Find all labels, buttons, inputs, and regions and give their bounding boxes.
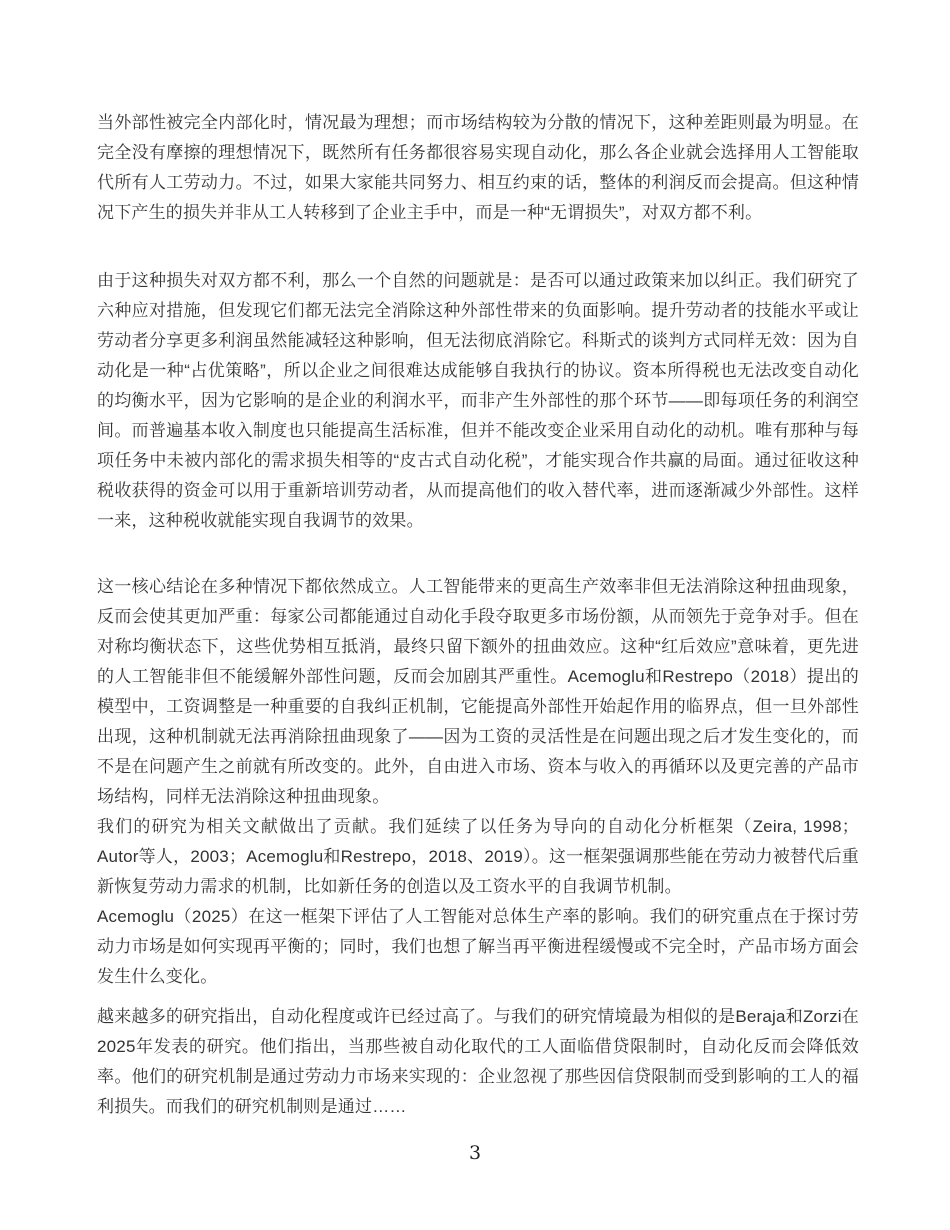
paragraph-externality-internalized: 当外部性被完全内部化时，情况最为理想；而市场结构较为分散的情况下，这种差距则最为… (97, 108, 859, 228)
paragraph-excess-automation-research: 越来越多的研究指出，自动化程度或许已经过高了。与我们的研究情境最为相似的是Ber… (97, 1002, 859, 1122)
paragraph-acemoglu-2025-framework: Acemoglu（2025）在这一框架下评估了人工智能对总体生产率的影响。我们的… (97, 902, 859, 992)
paragraph-literature-contribution: 我们的研究为相关文献做出了贡献。我们延续了以任务为导向的自动化分析框架（Zeir… (97, 812, 859, 902)
paragraph-policy-responses: 由于这种损失对双方都不利，那么一个自然的问题就是：是否可以通过政策来加以纠正。我… (97, 266, 859, 536)
page-number: 3 (0, 1138, 950, 1168)
page-body-text: 当外部性被完全内部化时，情况最为理想；而市场结构较为分散的情况下，这种差距则最为… (97, 108, 859, 1122)
document-page: 当外部性被完全内部化时，情况最为理想；而市场结构较为分散的情况下，这种差距则最为… (0, 0, 950, 1230)
paragraph-core-conclusion-robustness: 这一核心结论在多种情况下都依然成立。人工智能带来的更高生产效率非但无法消除这种扭… (97, 572, 859, 812)
